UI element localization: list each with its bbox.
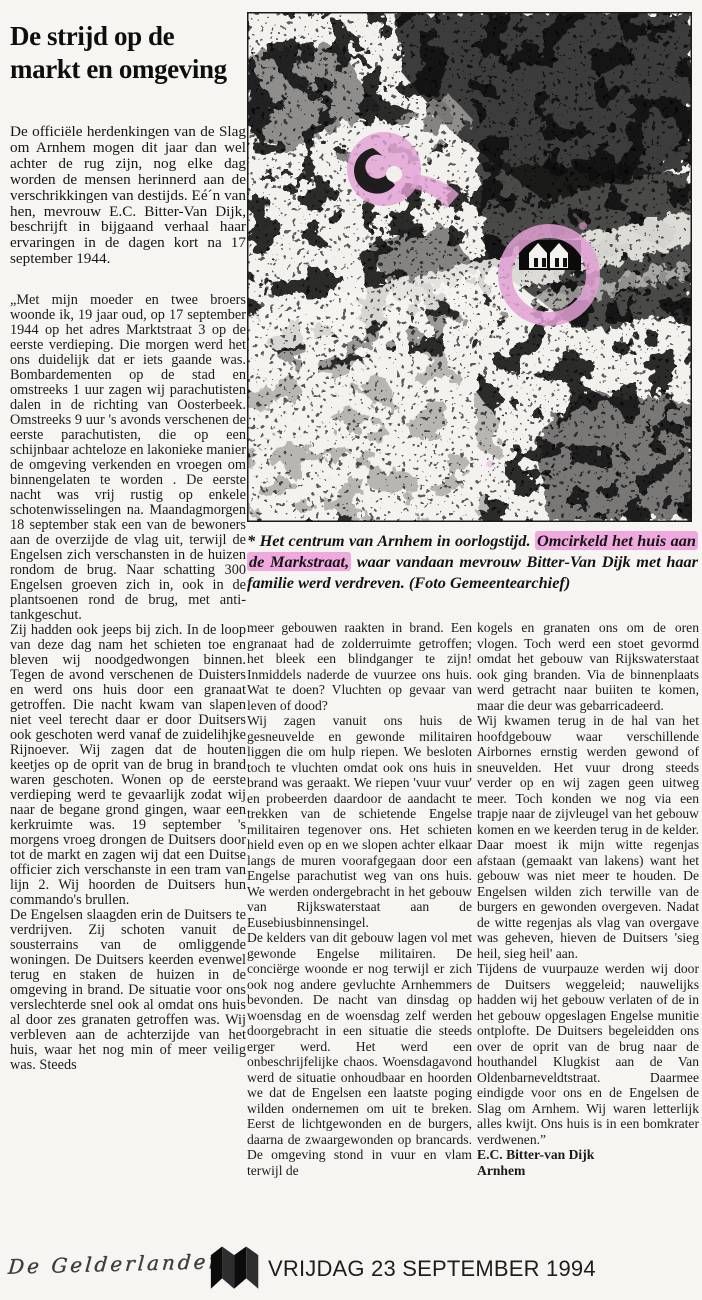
signature-city: Arnhem xyxy=(477,1163,699,1179)
pink-speck xyxy=(487,461,494,468)
paragraph: kogels en granaten ons om de oren vlogen… xyxy=(477,620,699,713)
paragraph: Wij zagen vanuit ons huis de gesneuvelde… xyxy=(247,713,472,930)
gelderlander-logo-icon xyxy=(210,1244,260,1292)
paragraph: De Engelsen slaagden erin de Duitsers te… xyxy=(10,908,246,1073)
caption-pre: * Het centrum van Arnhem in oorlogstijd. xyxy=(247,531,535,550)
newspaper-page: { "article": { "headline": "De strijd op… xyxy=(0,0,702,1300)
article-intro: De officiële herdenkingen van de Slag om… xyxy=(10,124,246,267)
paragraph: meer gebouwen raakten in brand. Een gran… xyxy=(247,620,472,713)
circle-left-house xyxy=(386,166,402,182)
aerial-photo-canvas xyxy=(247,12,692,522)
paragraph: Zij hadden ook jeeps bij zich. In de loo… xyxy=(10,623,246,908)
paragraph: Wij kwamen terug in de hal van het hoofd… xyxy=(477,713,699,961)
footer-date: VRIJDAG 23 SEPTEMBER 1994 xyxy=(268,1256,596,1282)
photo-caption: * Het centrum van Arnhem in oorlogstijd.… xyxy=(247,530,698,593)
pink-speck xyxy=(542,321,548,327)
article-column-middle: meer gebouwen raakten in brand. Een gran… xyxy=(247,620,472,1242)
paragraph: Tijdens de vuurpauze werden wij door de … xyxy=(477,961,699,1147)
article-headline: De strijd op de markt en omgeving xyxy=(10,20,248,86)
article-column-left: „Met mijn moeder en twee broers woonde i… xyxy=(10,293,246,1241)
article-column-right: kogels en granaten ons om de oren vlogen… xyxy=(477,620,699,1242)
pink-speck xyxy=(579,222,587,230)
photo-grain-texture xyxy=(247,12,692,522)
paragraph: „Met mijn moeder en twee broers woonde i… xyxy=(10,293,246,623)
masthead-script: De Gelderlander xyxy=(7,1249,211,1278)
paragraph: De kelders van dit gebouw lagen vol met … xyxy=(247,930,472,1178)
aerial-photo xyxy=(247,12,692,522)
signature-name: E.C. Bitter-van Dijk xyxy=(477,1147,699,1163)
